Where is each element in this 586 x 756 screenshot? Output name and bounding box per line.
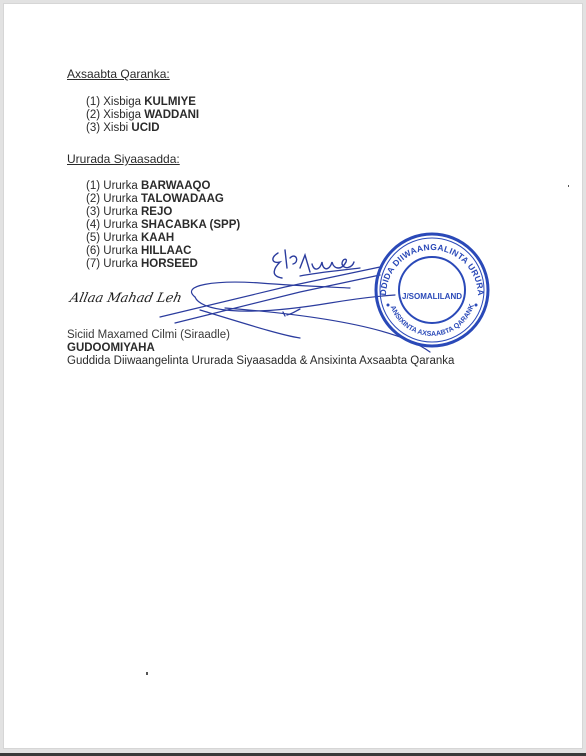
signatory-committee: Guddida Diiwaangelinta Ururada Siyaasadd… [67, 355, 454, 368]
scan-artifact [146, 672, 148, 675]
signatory-name: Siciid Maxamed Cilmi (Siraadle) [67, 329, 230, 342]
scan-artifact [568, 185, 569, 187]
svg-text:GUDDIDA DIIWAANGALINTA URURADA: GUDDIDA DIIWAANGALINTA URURADA [0, 0, 486, 296]
svg-text:J/SOMALILAND: J/SOMALILAND [402, 292, 462, 301]
signature-and-stamp: GUDDIDA DIIWAANGALINTA URURADA & ANSIXIN… [0, 0, 586, 756]
svg-text:& ANSIXINTA AXSAABTA QARANKA: & ANSIXINTA AXSAABTA QARANKA [0, 0, 476, 338]
official-stamp-icon: GUDDIDA DIIWAANGALINTA URURADA & ANSIXIN… [0, 0, 488, 346]
signatory-title: GUDOOMIYAHA [67, 342, 155, 355]
